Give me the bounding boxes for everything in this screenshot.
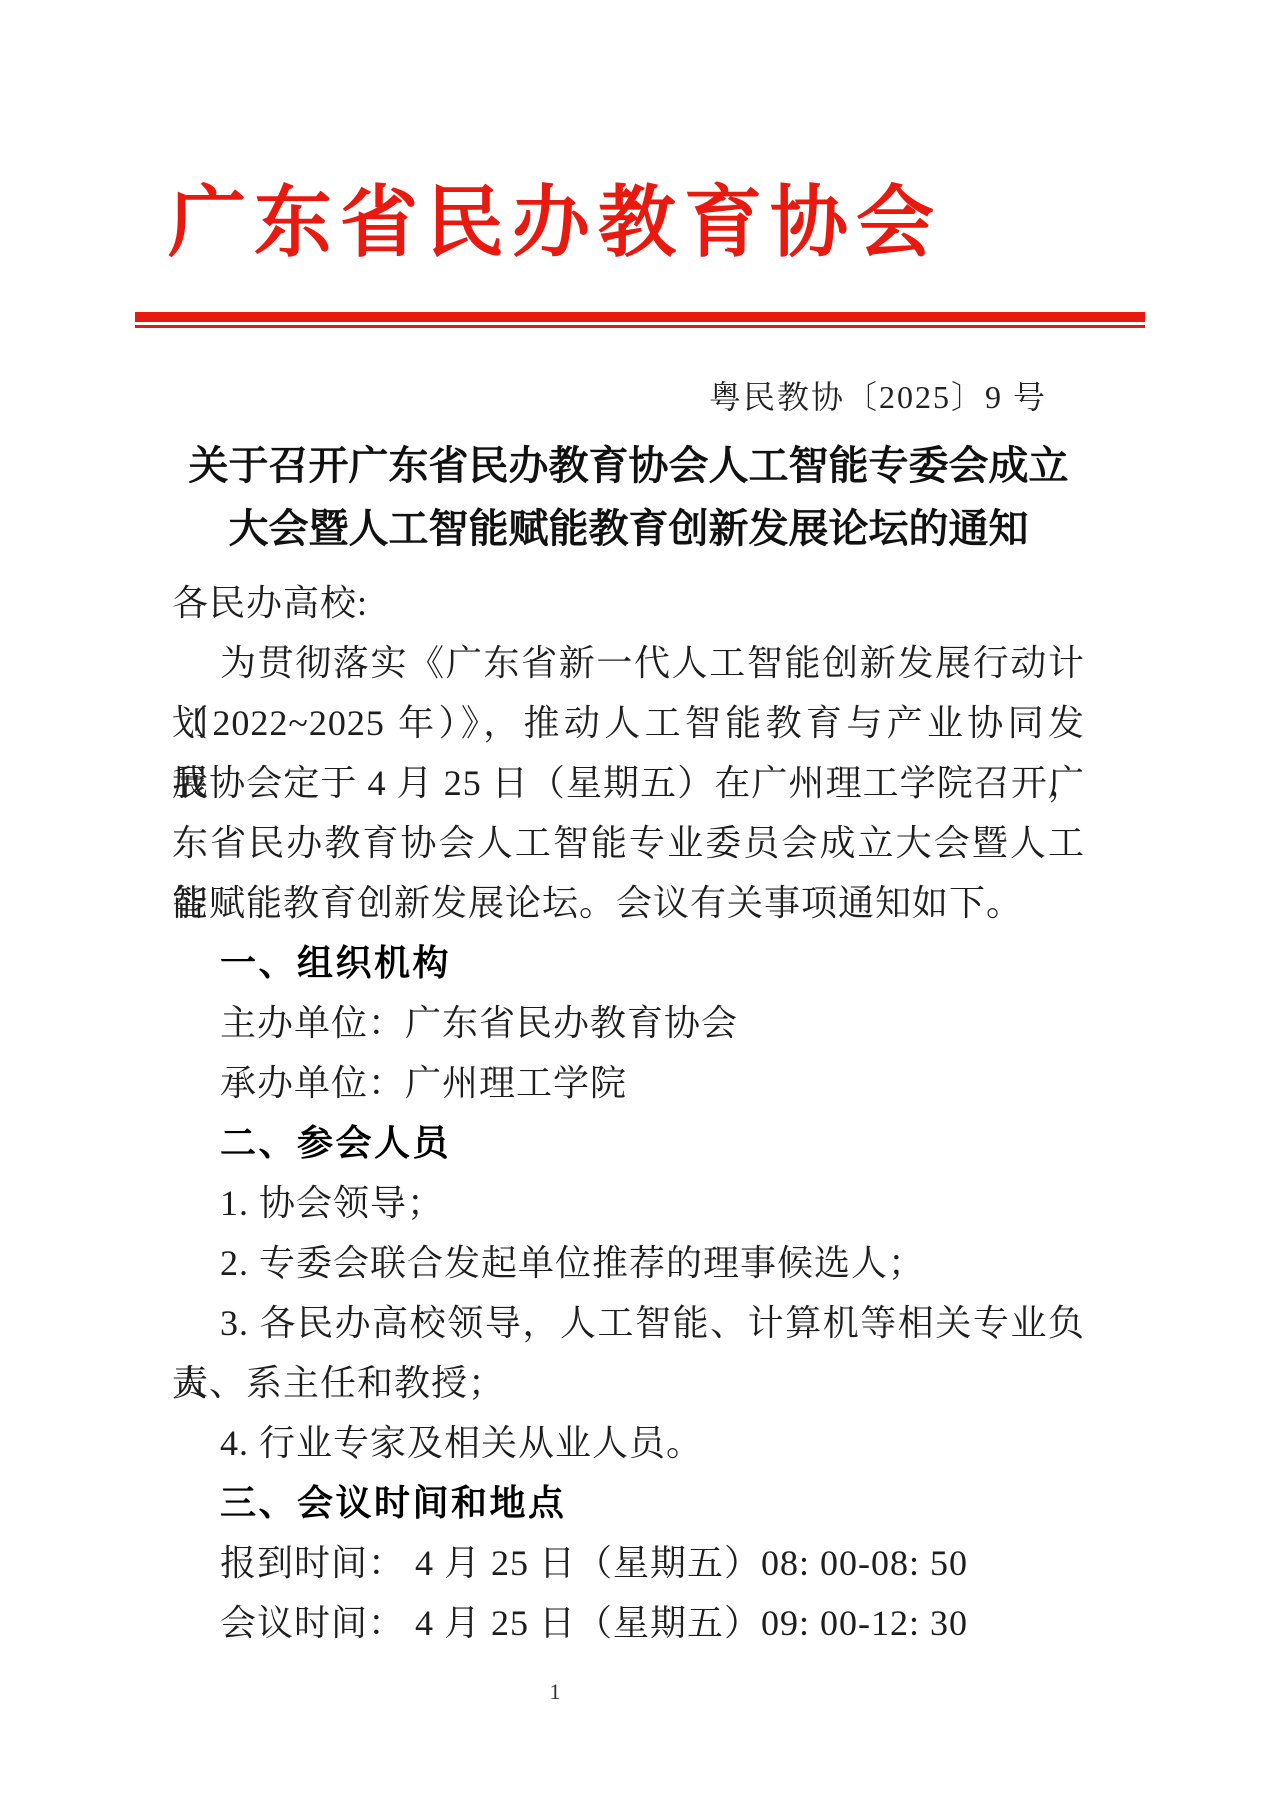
red-divider-rule — [135, 312, 1145, 329]
page-number: 1 — [0, 1678, 1110, 1706]
section-heading: 一、组织机构 — [172, 933, 1085, 993]
body-line: 各民办高校: — [172, 573, 1085, 633]
body-line: 人、系主任和教授； — [172, 1353, 1085, 1413]
document-page: 广东省民办教育协会 粤民教协〔2025〕9 号 关于召开广东省民办教育协会人工智… — [0, 0, 1280, 1811]
body-line: 3. 各民办高校领导，人工智能、计算机等相关专业负责 — [172, 1293, 1085, 1353]
body-line: 会议时间： 4 月 25 日（星期五）09: 00-12: 30 — [172, 1593, 1085, 1653]
section-heading: 三、会议时间和地点 — [172, 1473, 1085, 1533]
body-line: 为贯彻落实《广东省新一代人工智能创新发展行动计划 — [172, 633, 1085, 693]
body-line: 我协会定于 4 月 25 日（星期五）在广州理工学院召开广 — [172, 753, 1085, 813]
notice-title: 关于召开广东省民办教育协会人工智能专委会成立 大会暨人工智能赋能教育创新发展论坛… — [172, 434, 1085, 560]
body-line: 主办单位：广东省民办教育协会 — [172, 993, 1085, 1053]
body-line: 4. 行业专家及相关从业人员。 — [172, 1413, 1085, 1473]
body-line: 2. 专委会联合发起单位推荐的理事候选人； — [172, 1233, 1085, 1293]
body-line: 承办单位：广州理工学院 — [172, 1053, 1085, 1113]
red-divider-thin-line — [135, 325, 1145, 328]
body-line: 东省民办教育协会人工智能专业委员会成立大会暨人工智 — [172, 813, 1085, 873]
notice-title-line-2: 大会暨人工智能赋能教育创新发展论坛的通知 — [172, 497, 1085, 560]
body-line: 1. 协会领导； — [172, 1173, 1085, 1233]
body-line: （2022~2025 年）》，推动人工智能教育与产业协同发展， — [172, 693, 1085, 753]
doc-reference-number: 粤民教协〔2025〕9 号 — [172, 376, 1047, 418]
section-heading: 二、参会人员 — [172, 1113, 1085, 1173]
document-body: 各民办高校:为贯彻落实《广东省新一代人工智能创新发展行动计划（2022~2025… — [172, 573, 1085, 1653]
org-name-masthead: 广东省民办教育协会 — [0, 168, 1110, 278]
red-divider-thick-line — [135, 312, 1145, 322]
notice-title-line-1: 关于召开广东省民办教育协会人工智能专委会成立 — [172, 434, 1085, 497]
body-line: 能赋能教育创新发展论坛。会议有关事项通知如下。 — [172, 873, 1085, 933]
body-line: 报到时间： 4 月 25 日（星期五）08: 00-08: 50 — [172, 1533, 1085, 1593]
